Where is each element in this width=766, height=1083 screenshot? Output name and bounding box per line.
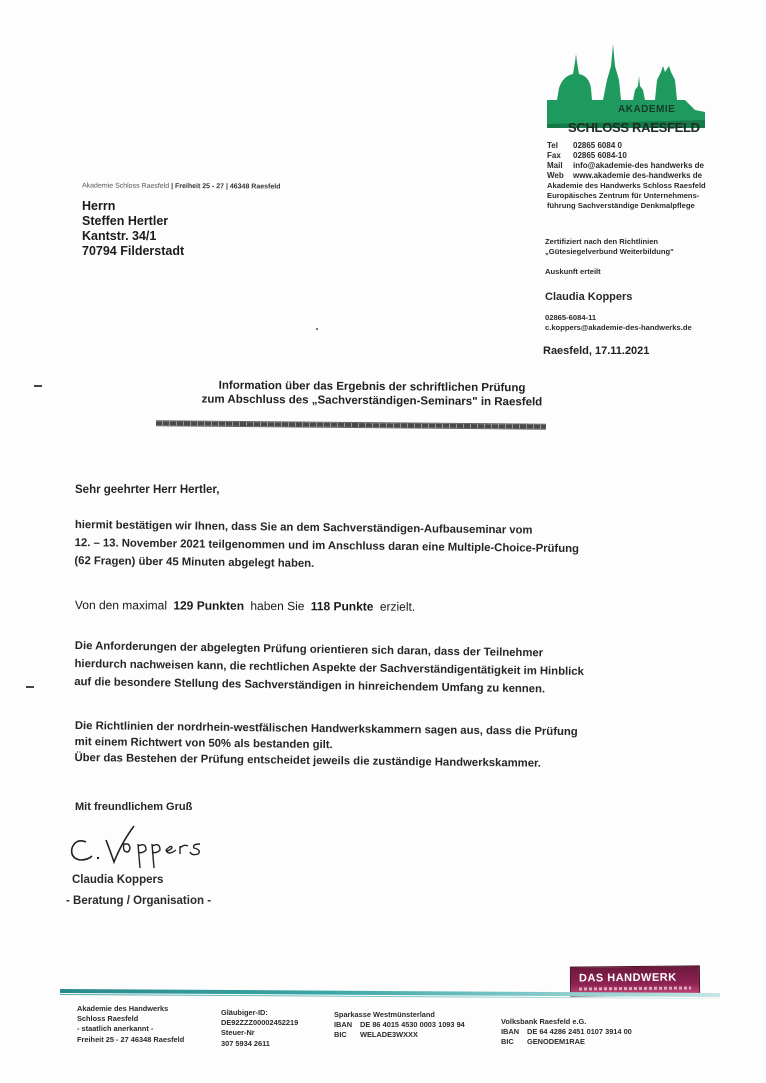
recipient-salutation: Herrn bbox=[82, 199, 184, 214]
contact-direct-phone: 02865-6084-11 bbox=[545, 313, 692, 323]
closing-phrase: Mit freundlichem Gruß bbox=[75, 798, 192, 816]
footer-tax-ids: Gläubiger-ID: DE92ZZZ00002452219 Steuer-… bbox=[221, 1008, 298, 1049]
signature-icon bbox=[68, 822, 218, 872]
letter-date: Raesfeld, 17.11.2021 bbox=[543, 345, 649, 357]
recipient-city: 70794 Filderstadt bbox=[82, 244, 184, 259]
paragraph-guidelines: Die Richtlinien der nordrhein-westfälisc… bbox=[74, 718, 655, 773]
contact-direct-email: c.koppers@akademie-des-handwerks.de bbox=[545, 323, 692, 333]
logo-text-akademie: AKADEMIE bbox=[618, 104, 675, 115]
scan-speck bbox=[316, 328, 318, 330]
logo-text-schloss: SCHLOSS RAESFELD bbox=[568, 120, 700, 135]
greeting: Sehr geehrter Herr Hertler, bbox=[75, 481, 219, 499]
achieved-points: 118 Punkte bbox=[311, 599, 374, 613]
handwritten-signature bbox=[68, 822, 218, 872]
max-points: 129 Punkten bbox=[173, 599, 244, 613]
punch-mark bbox=[26, 686, 34, 688]
info-label: Auskunft erteilt bbox=[545, 267, 601, 276]
sender-return-address: Akademie Schloss Raesfeld | Freiheit 25 … bbox=[82, 182, 281, 190]
footer-address: Akademie des Handwerks Schloss Raesfeld … bbox=[77, 1004, 184, 1045]
letter-subject: Information über das Ergebnis der schrif… bbox=[162, 378, 582, 410]
recipient-address: Herrn Steffen Hertler Kantstr. 34/1 7079… bbox=[82, 199, 184, 259]
contact-row-mail: Mailinfo@akademie-des handwerks de bbox=[547, 161, 704, 171]
recipient-street: Kantstr. 34/1 bbox=[82, 229, 184, 244]
recipient-name: Steffen Hertler bbox=[82, 214, 184, 229]
contact-block: Tel02865 6084 0 Fax02865 6084-10 Mailinf… bbox=[547, 141, 704, 181]
badge-tagline bbox=[579, 987, 691, 991]
paragraph-confirmation: hiermit bestätigen wir Ihnen, dass Sie a… bbox=[74, 516, 645, 577]
contact-row-tel: Tel02865 6084 0 bbox=[547, 141, 704, 151]
contact-row-fax: Fax02865 6084-10 bbox=[547, 151, 704, 161]
signatory-role: - Beratung / Organisation - bbox=[66, 895, 211, 907]
contact-row-web: Webwww.akademie des-handwerks de bbox=[547, 171, 704, 181]
badge-title: DAS HANDWERK bbox=[579, 972, 677, 985]
paragraph-requirements: Die Anforderungen der abgelegten Prüfung… bbox=[74, 637, 655, 700]
contact-person: Claudia Koppers bbox=[545, 291, 632, 303]
contact-direct: 02865-6084-11 c.koppers@akademie-des-han… bbox=[545, 313, 692, 333]
footer-bank-sparkasse: Sparkasse Westmünsterland IBANDE 86 4015… bbox=[334, 1010, 465, 1041]
certification-note: Zertifiziert nach den Richtlinien „Gütes… bbox=[545, 237, 674, 257]
fold-mark bbox=[34, 385, 42, 387]
footer-bank-volksbank: Volksbank Raesfeld e.G. IBANDE 64 4286 2… bbox=[501, 1017, 632, 1048]
paragraph-score: Von den maximal 129 Punkten haben Sie 11… bbox=[75, 596, 415, 616]
subject-underline bbox=[156, 420, 546, 429]
signatory-name: Claudia Koppers bbox=[72, 874, 163, 886]
institution-description: Akademie des Handwerks Schloss Raesfeld … bbox=[547, 181, 727, 211]
subject-line-2: zum Abschluss des „Sachverständigen-Semi… bbox=[162, 392, 582, 410]
